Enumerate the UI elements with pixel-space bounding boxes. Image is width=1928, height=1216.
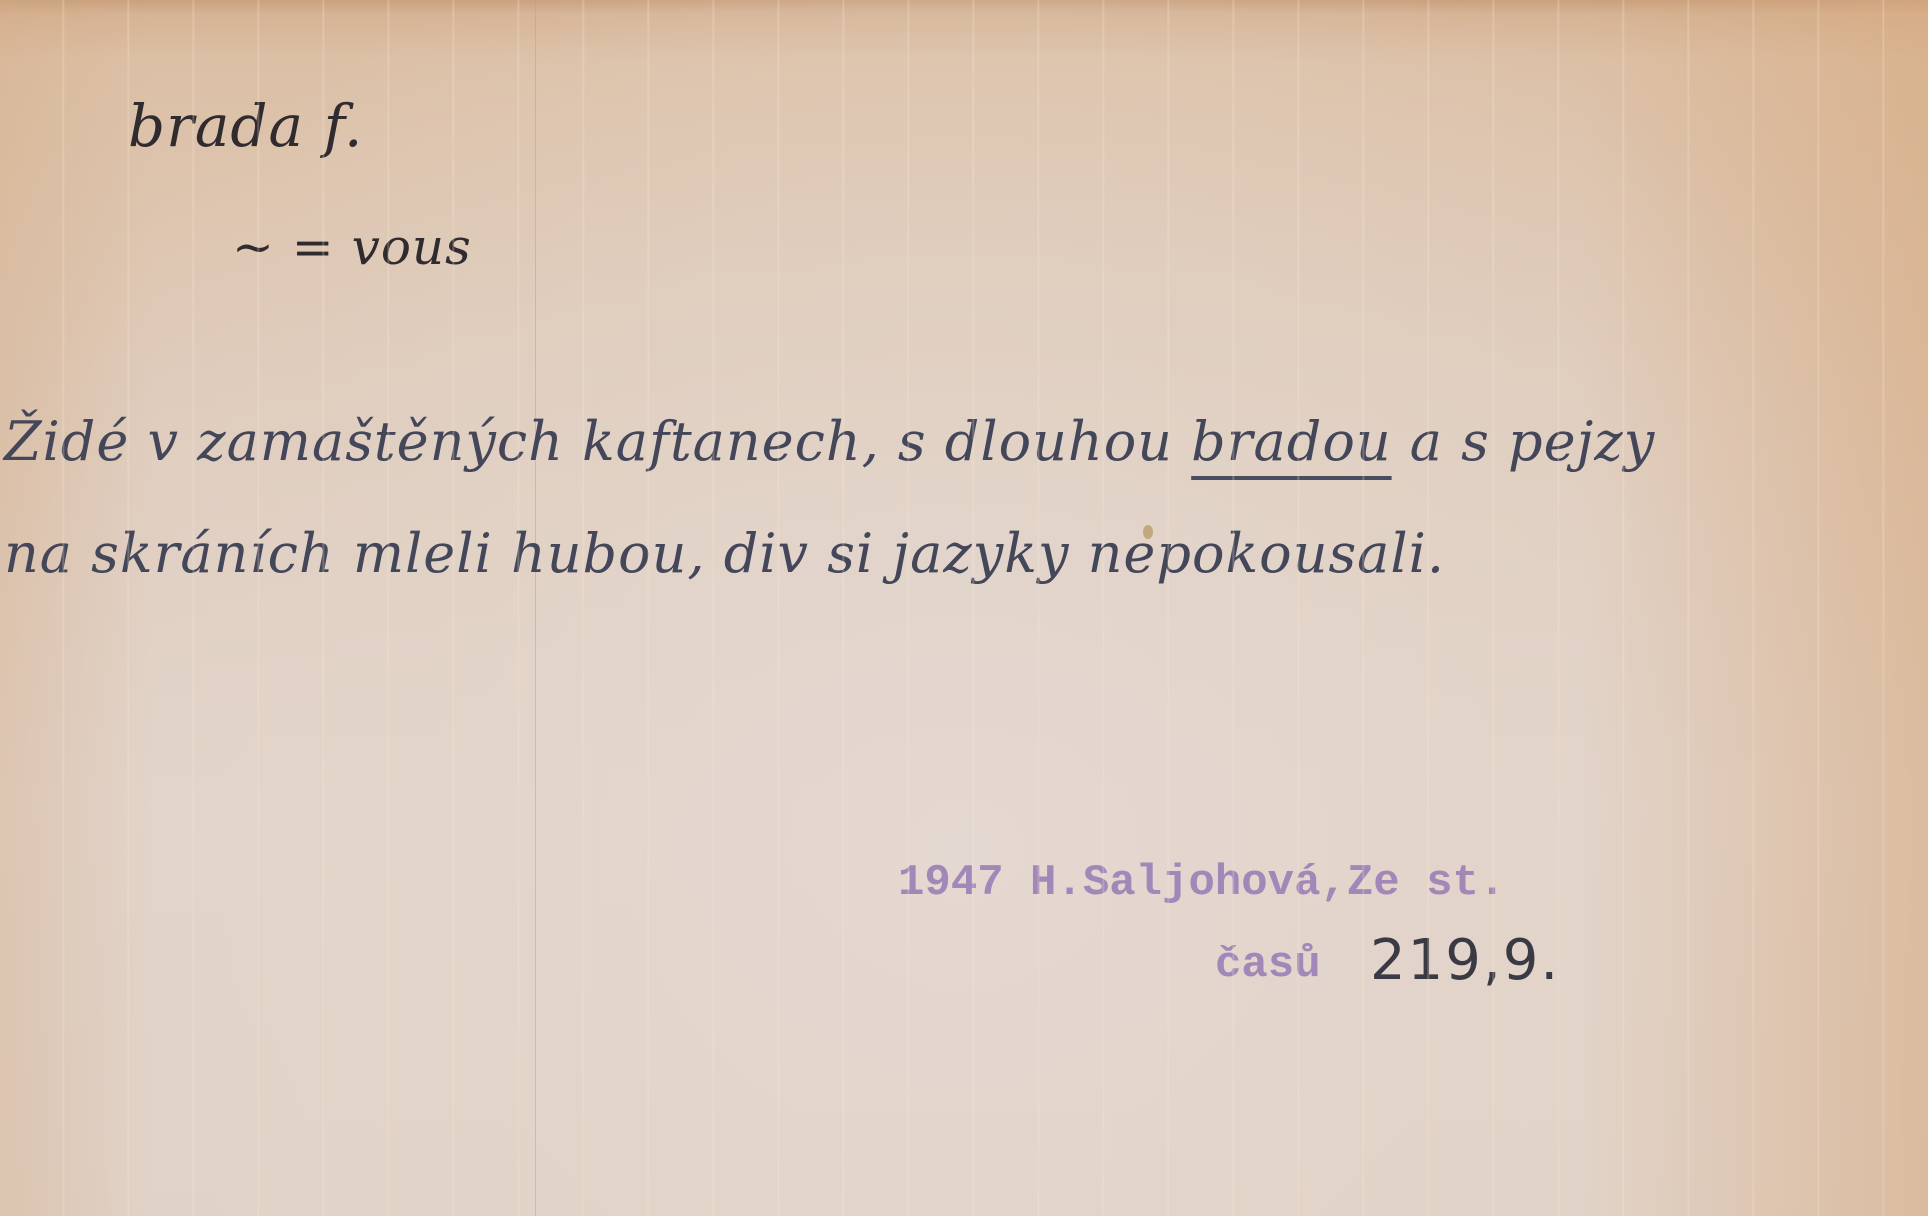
quotation-line-2: na skráních mleli hubou, div si jazyky n…	[4, 522, 1445, 585]
source-stamp-line-2: časů	[1215, 940, 1321, 990]
page-reference: 219,9.	[1370, 928, 1560, 993]
ink-stain	[1143, 525, 1153, 539]
source-stamp-line-1: 1947 H.Saljohová,Ze st.	[898, 858, 1505, 908]
quotation-text: Židé v zamaštěných kaftanech, s dlouhou	[4, 410, 1191, 473]
quotation-text: a s pejzy	[1392, 410, 1656, 473]
underlined-headword-occurrence: bradou	[1191, 410, 1391, 473]
lexicon-index-card: brada f. ~ = vous Židé v zamaštěných kaf…	[0, 0, 1928, 1216]
margin-rule-line	[535, 0, 536, 1216]
headword: brada f.	[128, 92, 363, 160]
quotation-line-1: Židé v zamaštěných kaftanech, s dlouhou …	[4, 410, 1655, 473]
gloss-synonym: ~ = vous	[232, 218, 472, 276]
